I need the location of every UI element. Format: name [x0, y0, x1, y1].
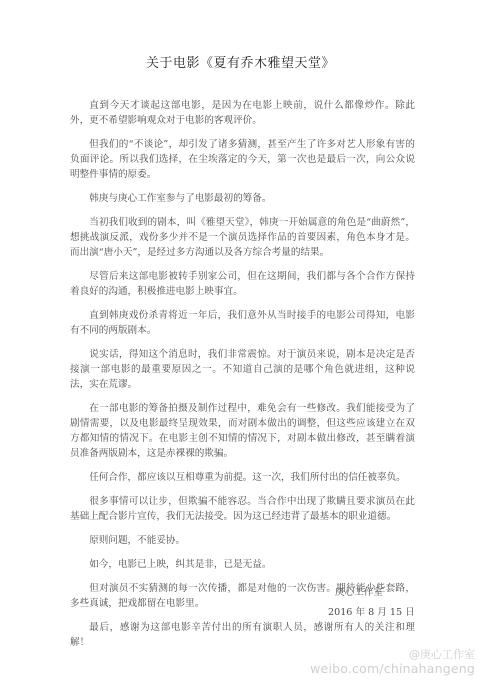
paragraph: 任何合作，都应该以互相尊重为前提。这一次，我们所付出的信任被辜负。 [70, 470, 415, 485]
paragraph: 原则问题，不能妥协。 [70, 533, 415, 548]
paragraph: 在一部电影的筹备拍摄及制作过程中，难免会有一些修改。我们能接受为了剧情需要，以及… [70, 401, 415, 461]
signature: 庚心工作室 [335, 584, 383, 598]
watermark-handle: @庚心工作室 [409, 646, 475, 662]
document-title: 关于电影《夏有乔木雅望天堂》 [0, 52, 481, 71]
watermark-url: weibo.com/chinahangeng [310, 661, 475, 676]
paragraph: 韩庚与庚心工作室参与了电影最初的筹备。 [70, 191, 415, 206]
paragraph: 很多事情可以让步，但欺骗不能容忍。当合作中出现了欺瞒且要求演员在此基础上配合影片… [70, 494, 415, 524]
date: 2016 年 8 月 15 日 [328, 604, 415, 618]
paragraph: 尽管后来这部电影被转手别家公司，但在这期间，我们都与各个合作方保持着良好的沟通，… [70, 269, 415, 299]
paragraph: 直到今天才谈起这部电影，是因为在电影上映前，说什么都像炒作。除此外，更不希望影响… [70, 98, 415, 128]
paragraph: 最后，感谢为这部电影辛苦付出的所有演职人员，感谢所有人的关注和理解！ [70, 620, 415, 650]
paragraph: 但我们的“不谈论”，却引发了诸多猜测，甚至产生了许多对艺人形象有害的负面评论。所… [70, 137, 415, 182]
paragraph: 直到韩庚戏份杀青将近一年后，我们意外从当时接手的电影公司得知，电影有不同的两版剧… [70, 308, 415, 338]
paragraph: 当初我们收到的剧本，叫《雅望天堂》，韩庚一开始属意的角色是“曲蔚然”，想挑战演反… [70, 215, 415, 260]
document-body: 直到今天才谈起这部电影，是因为在电影上映前，说什么都像炒作。除此外，更不希望影响… [70, 98, 415, 659]
paragraph: 说实话，得知这个消息时，我们非常震惊。对于演员来说，剧本是决定是否接演一部电影的… [70, 347, 415, 392]
paragraph: 如今，电影已上映，纠其是非，已是无益。 [70, 557, 415, 572]
